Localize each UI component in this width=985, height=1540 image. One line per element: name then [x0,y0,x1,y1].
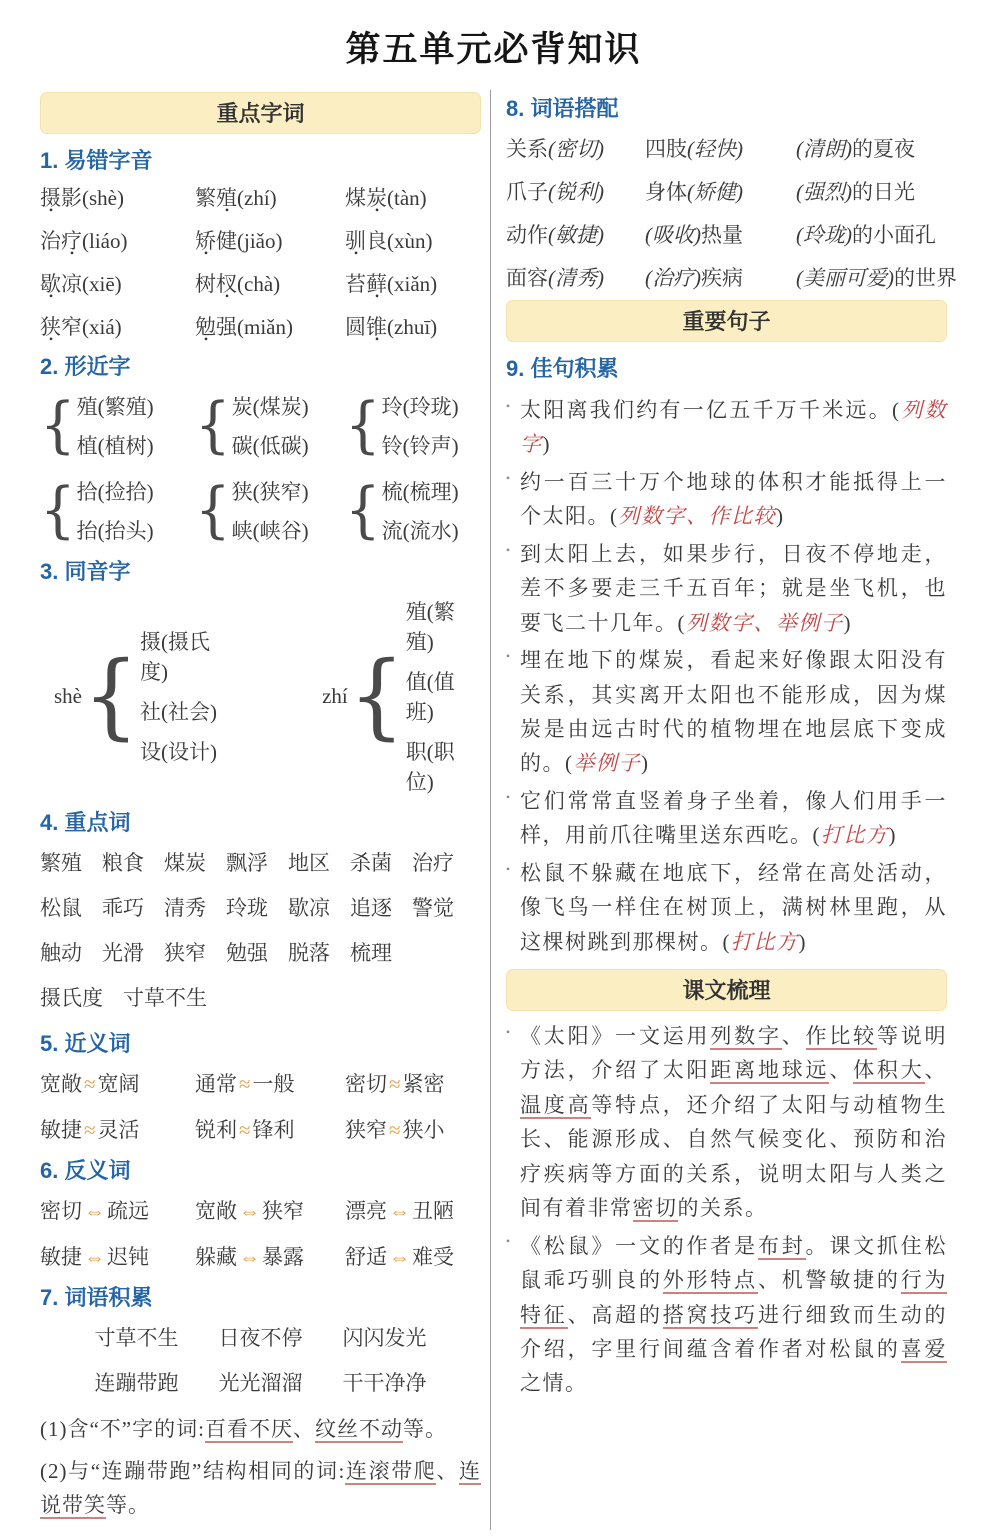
section-heading-4: 4. 重点词 [40,806,481,837]
section-heading-1: 1. 易错字音 [40,144,481,175]
sentence-item: 太阳离我们约有一亿五千万千米远。(列数字) [506,393,947,462]
homophone-line: 值(值班) [406,666,481,726]
approx-symbol: ≈ [387,1072,403,1096]
collocation-cell: 关系(密切) [506,133,645,163]
char-pair-line: 植(植树) [77,430,154,460]
brace-group: {拾(捡拾)抬(抬头) [40,476,195,545]
section-heading-9: 9. 佳句积累 [506,352,947,383]
brace-icon: { [349,654,405,737]
sentence-item: 它们常常直竖着身子坐着，像人们用手一样，用前爪往嘴里送东西吃。(打比方) [506,784,947,853]
brace-icon: { [345,397,381,454]
homophone-group: shè { 摄(摄氏度) 社(社会) 设(设计) [40,596,236,796]
collocation-cell: (治疗)疾病 [645,262,796,292]
collocation-cell: 身体(矫健) [645,176,796,206]
homophone-line: 社(社会) [140,696,236,726]
sentence-item: 约一百三十万个地球的体积才能抵得上一个太阳。(列数字、作比较) [506,465,947,534]
pinyin-item: 驯良(xùn) [345,228,481,254]
char-pair-line: 拾(捡拾) [77,476,154,506]
char-pair-line: 炭(煤炭) [232,391,309,421]
char-pair-line: 梳(梳理) [382,476,459,506]
two-column-layout: 重点字词 1. 易错字音 摄影(shè) 繁殖(zhí) 煤炭(tàn) 治疗(… [40,90,947,1530]
opposite-symbol: ⇔ [387,1245,412,1269]
brace-group: {殖(繁殖)植(植树) [40,391,195,460]
section-heading-5: 5. 近义词 [40,1027,481,1058]
approx-symbol: ≈ [237,1072,253,1096]
note: (1)含“不”字的词:百看不厌、纹丝不动等。 [40,1412,481,1446]
opposite-symbol: ⇔ [387,1199,412,1223]
pinyin-label: zhí [322,684,348,709]
brace-group: {狭(狭窄)峡(峡谷) [195,476,345,545]
char-pair-line: 殖(繁殖) [77,391,154,421]
pinyin-item: 治疗(liáo) [40,228,195,254]
banner-label: 重要句子 [682,309,770,334]
synonym-pair: 敏捷≈灵活 [40,1114,195,1144]
pinyin-item: 狭窄(xiá) [40,314,195,340]
pinyin-item: 勉强(miǎn) [195,314,345,340]
section-heading-8: 8. 词语搭配 [506,92,947,123]
antonym-pair: 舒适⇔难受 [345,1241,481,1271]
brace-icon: { [40,397,76,454]
collocation-cell: (玲珑)的小面孔 [796,219,957,249]
section-heading-2: 2. 形近字 [40,350,481,381]
pinyin-item: 圆锥(zhuī) [345,314,481,340]
homophone-line: 摄(摄氏度) [140,626,236,686]
collocation-cell: 四肢(轻快) [645,133,796,163]
summary-item: 《松鼠》一文的作者是布封。课文抓住松鼠乖巧驯良的外形特点、机警敏捷的行为特征、高… [506,1229,947,1401]
brace-icon: { [195,482,231,539]
brace-icon: { [345,482,381,539]
approx-symbol: ≈ [82,1118,98,1142]
collocation-grid: 关系(密切) 四肢(轻快) (清朗)的夏夜 爪子(锐利) 身体(矫健) (强烈)… [506,133,947,292]
banner-key-words: 重点字词 [40,92,481,134]
brace-group: {炭(煤炭)碳(低碳) [195,391,345,460]
char-pair-line: 峡(峡谷) [232,515,309,545]
collocation-cell: (强烈)的日光 [796,176,957,206]
word-row: 繁殖粮食煤炭飘浮地区杀菌治疗 [40,847,481,877]
document-page: 第五单元必背知识 重点字词 1. 易错字音 摄影(shè) 繁殖(zhí) 煤炭… [0,22,985,1540]
note: (2)与“连蹦带跑”结构相同的词:连滚带爬、连说带笑等。 [40,1454,481,1522]
antonym-pair: 躲藏⇔暴露 [195,1241,345,1271]
char-pair-line: 抬(抬头) [77,515,154,545]
right-column: 8. 词语搭配 关系(密切) 四肢(轻快) (清朗)的夏夜 爪子(锐利) 身体(… [490,90,947,1530]
homophone-line: 职(职位) [406,736,481,796]
opposite-symbol: ⇔ [82,1199,107,1223]
collocation-cell: 面容(清秀) [506,262,645,292]
idiom-row: 寸草不生日夜不停闪闪发光 [40,1322,481,1352]
brace-group: {玲(玲珑)铃(铃声) [345,391,481,460]
antonym-pair: 密切⇔疏远 [40,1195,195,1225]
sentence-item: 到太阳上去，如果步行，日夜不停地走，差不多要走三千五百年；就是坐飞机，也要飞二十… [506,537,947,640]
char-pair-line: 流(流水) [382,515,459,545]
synonym-pair: 密切≈紧密 [345,1068,481,1098]
antonym-pair: 敏捷⇔迟钝 [40,1241,195,1271]
pinyin-item: 煤炭(tàn) [345,185,481,211]
collocation-cell: 爪子(锐利) [506,176,645,206]
synonym-pair: 通常≈一般 [195,1068,345,1098]
pinyin-item: 繁殖(zhí) [195,185,345,211]
section-heading-6: 6. 反义词 [40,1154,481,1185]
char-pair-line: 碳(低碳) [232,430,309,460]
homophone-group: zhí { 殖(繁殖) 值(值班) 职(职位) [308,596,481,796]
idiom-row: 连蹦带跑光光溜溜干干净净 [40,1367,481,1397]
word-row: 摄氏度寸草不生 [40,982,481,1012]
synonym-grid: 宽敞≈宽阔 通常≈一般 密切≈紧密 敏捷≈灵活 锐利≈锋利 狭窄≈狭小 [40,1068,481,1144]
approx-symbol: ≈ [82,1072,98,1096]
sentence-item: 松鼠不躲藏在地底下，经常在高处活动，像飞鸟一样住在树顶上，满树林里跑，从这棵树跳… [506,856,947,959]
section-heading-7: 7. 词语积累 [40,1281,481,1312]
word-row: 触动光滑狭窄勉强脱落梳理 [40,937,481,967]
summary-list: 《太阳》一文运用列数字、作比较等说明方法，介绍了太阳距离地球远、体积大、温度高等… [506,1019,947,1401]
pinyin-item: 树杈(chà) [195,271,345,297]
banner-text-summary: 课文梳理 [506,969,947,1011]
synonym-pair: 锐利≈锋利 [195,1114,345,1144]
collocation-cell: (美丽可爱)的世界 [796,262,957,292]
section-heading-3: 3. 同音字 [40,555,481,586]
char-pair-line: 狭(狭窄) [232,476,309,506]
brace-icon: { [40,482,76,539]
homophone-line: 设(设计) [140,736,236,766]
pinyin-item: 歇凉(xiē) [40,271,195,297]
pinyin-grid: 摄影(shè) 繁殖(zhí) 煤炭(tàn) 治疗(liáo) 矫健(jiǎo… [40,185,481,340]
left-column: 重点字词 1. 易错字音 摄影(shè) 繁殖(zhí) 煤炭(tàn) 治疗(… [40,90,490,1530]
similar-char-grid: {殖(繁殖)植(植树) {炭(煤炭)碳(低碳) {玲(玲珑)铃(铃声) {拾(捡… [40,391,481,545]
pinyin-item: 摄影(shè) [40,185,195,211]
synonym-pair: 宽敞≈宽阔 [40,1068,195,1098]
antonym-grid: 密切⇔疏远 宽敞⇔狭窄 漂亮⇔丑陋 敏捷⇔迟钝 躲藏⇔暴露 舒适⇔难受 [40,1195,481,1271]
homophone-section: shè { 摄(摄氏度) 社(社会) 设(设计) zhí { 殖(繁殖) 值(值… [40,596,481,796]
sentence-item: 埋在地下的煤炭，看起来好像跟太阳没有关系，其实离开太阳也不能形成，因为煤炭是由远… [506,643,947,781]
word-row: 松鼠乖巧清秀玲珑歇凉追逐警觉 [40,892,481,922]
pinyin-item: 苔藓(xiǎn) [345,271,481,297]
opposite-symbol: ⇔ [82,1245,107,1269]
pinyin-item: 矫健(jiǎo) [195,228,345,254]
brace-group: {梳(梳理)流(流水) [345,476,481,545]
antonym-pair: 漂亮⇔丑陋 [345,1195,481,1225]
collocation-cell: (吸收)热量 [645,219,796,249]
brace-icon: { [83,654,139,737]
synonym-pair: 狭窄≈狭小 [345,1114,481,1144]
summary-item: 《太阳》一文运用列数字、作比较等说明方法，介绍了太阳距离地球远、体积大、温度高等… [506,1019,947,1226]
char-pair-line: 玲(玲珑) [382,391,459,421]
char-pair-line: 铃(铃声) [382,430,459,460]
collocation-cell: 动作(敏捷) [506,219,645,249]
approx-symbol: ≈ [387,1118,403,1142]
approx-symbol: ≈ [237,1118,253,1142]
antonym-pair: 宽敞⇔狭窄 [195,1195,345,1225]
banner-label: 重点字词 [216,101,304,126]
sentence-list: 太阳离我们约有一亿五千万千米远。(列数字) 约一百三十万个地球的体积才能抵得上一… [506,393,947,959]
opposite-symbol: ⇔ [237,1199,262,1223]
homophone-line: 殖(繁殖) [406,596,481,656]
banner-key-sentences: 重要句子 [506,300,947,342]
brace-icon: { [195,397,231,454]
collocation-cell: (清朗)的夏夜 [796,133,957,163]
page-title: 第五单元必背知识 [40,22,947,72]
opposite-symbol: ⇔ [237,1245,262,1269]
pinyin-label: shè [54,684,82,709]
banner-label: 课文梳理 [682,978,770,1003]
